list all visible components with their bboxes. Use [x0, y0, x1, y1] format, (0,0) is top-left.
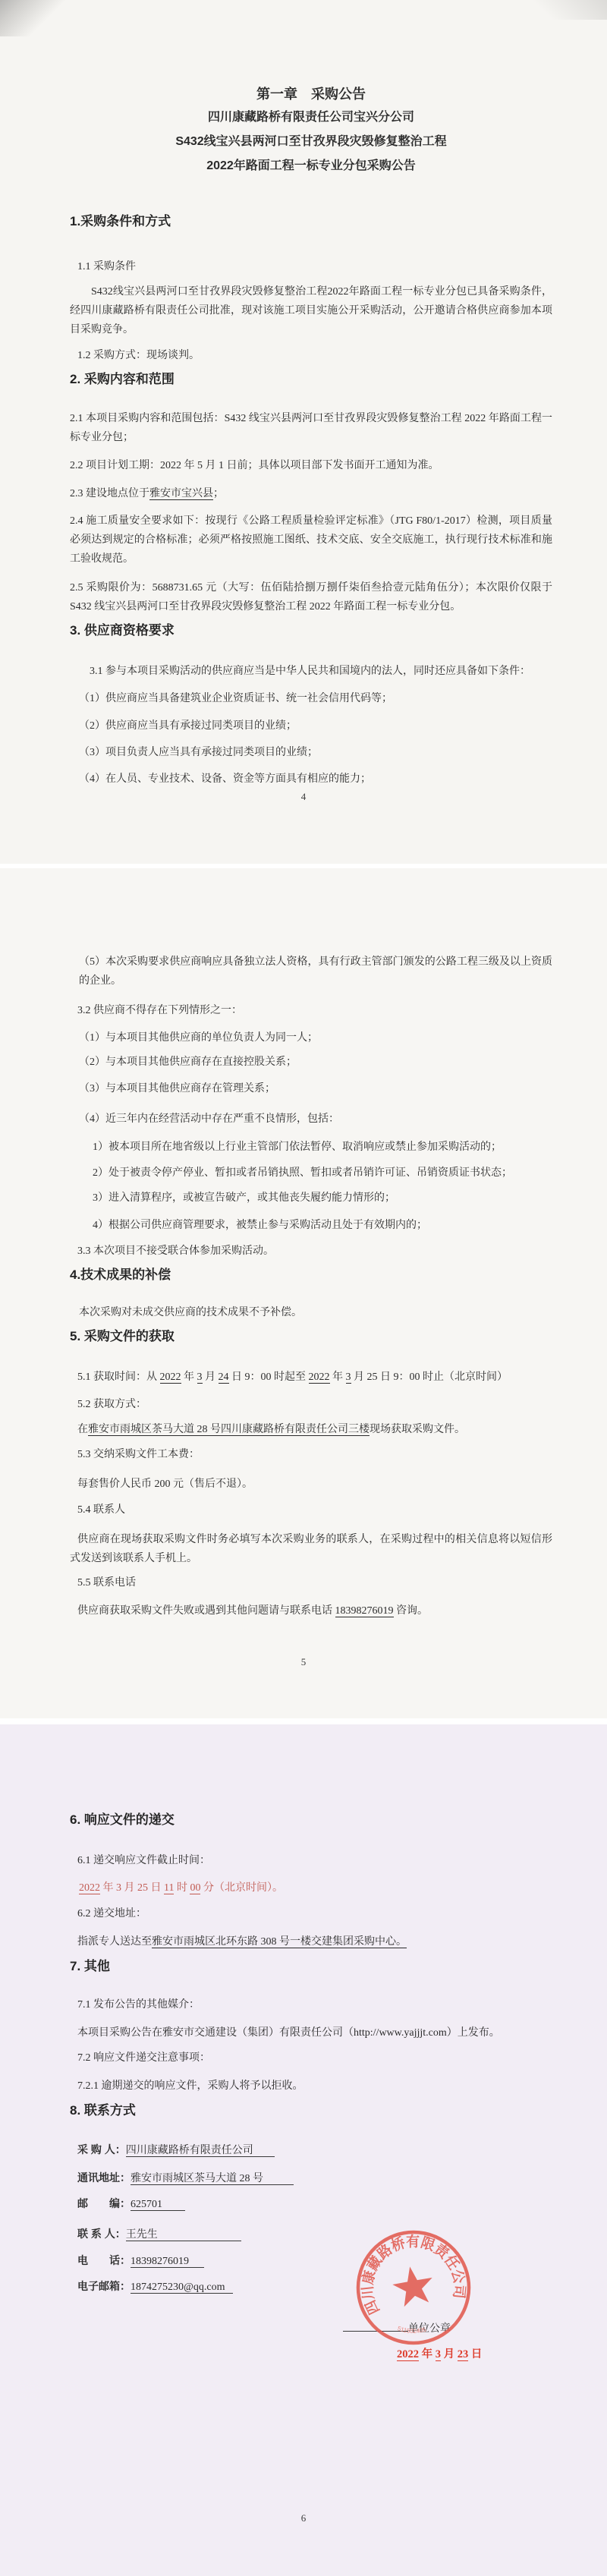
contact-row-phone: 电 话：18398276019: [77, 2251, 552, 2271]
svg-text:511502405: 511502405: [395, 2320, 427, 2338]
clause-7-2-1: 7.2.1 逾期递交的响应文件，采购人将予以拒收。: [77, 2077, 552, 2096]
title-company-line: 四川康藏路桥有限责任公司宝兴分公司: [70, 108, 552, 128]
clause-3-3: 3.3 本次项目不接受联合体参加采购活动。: [77, 1242, 552, 1261]
restriction-item-4: （4）近三年内在经营活动中存在严重不良情形，包括：: [79, 1110, 552, 1129]
contact-row-person: 联 系 人：王先生: [77, 2225, 552, 2244]
section-1-heading: 1.采购条件和方式: [70, 211, 552, 231]
publish-media-line: 本项目采购公告在雅安市交通建设（集团）有限责任公司（http://www.yaj…: [77, 2023, 552, 2042]
section-4-heading: 4.技术成果的补偿: [70, 1264, 552, 1285]
page-2-content: （5）本次采购要求供应商响应具备独立法人资格，具有行政主管部门颁发的公路工程三级…: [0, 868, 607, 1718]
clause-5-5: 5.5 联系电话: [77, 1573, 552, 1592]
restriction-item-3: （3）与本项目其他供应商存在管理关系；: [79, 1079, 552, 1098]
qualification-item-4: （4）在人员、专业技术、设备、资金等方面具有相应的能力；: [79, 770, 552, 789]
clause-2-1: 2.1 本项目采购内容和范围包括：S432 线宝兴县两河口至甘孜界段灾毁修复整治…: [70, 409, 552, 447]
contact-row-purchaser: 采 购 人：四川康藏路桥有限责任公司: [77, 2140, 552, 2160]
bad-record-item-3: 3）进入清算程序，或被宣告破产，或其他丧失履约能力情形的；: [93, 1189, 552, 1208]
delivery-address-line: 指派专人送达至雅安市雨城区北环东路 308 号一楼交建集团采购中心。: [77, 1932, 552, 1951]
section-3-heading: 3. 供应商资格要求: [70, 620, 552, 641]
page-gap-2: [0, 1718, 607, 1724]
clause-2-3: 2.3 建设地点位于雅安市宝兴县；: [70, 484, 552, 503]
section-6-heading: 6. 响应文件的递交: [70, 1809, 552, 1830]
section-2-heading: 2. 采购内容和范围: [70, 369, 552, 389]
clause-6-1: 6.1 递交响应文件截止时间：: [77, 1851, 552, 1870]
clause-7-2: 7.2 响应文件递交注意事项：: [77, 2049, 552, 2067]
section-5-heading: 5. 采购文件的获取: [70, 1326, 552, 1346]
clause-2-5: 2.5 采购限价为：5688731.65 元（大写：伍佰陆拾捌万捌仟柒佰叁拾壹元…: [70, 578, 552, 616]
qualification-item-2: （2）供应商应当具有承接过同类项目的业绩；: [79, 716, 552, 735]
restriction-item-2: （2）与本项目其他供应商存在直接控股关系；: [79, 1053, 552, 1072]
clause-5-4: 5.4 联系人: [77, 1501, 552, 1519]
clause-2-4: 2.4 施工质量安全要求如下：按现行《公路工程质量检验评定标准》（JTG F80…: [70, 512, 552, 568]
qualification-item-1: （1）供应商应当具备建筑业企业资质证书、统一社会信用代码等；: [79, 689, 552, 708]
help-phone-underlined: 18398276019: [335, 1605, 394, 1617]
qualification-item-3: （3）项目负责人应当具有承接过同类项目的业绩；: [79, 743, 552, 762]
construction-site-underlined: 雅安市宝兴县: [149, 488, 213, 500]
page-2: （5）本次采购要求供应商响应具备独立法人资格，具有行政主管部门颁发的公路工程三级…: [0, 868, 607, 1718]
page-number-5: 5: [0, 1656, 607, 1668]
clause-7-1: 7.1 发布公告的其他媒介：: [77, 1995, 552, 2014]
contact-person-note: 供应商在现场获取采购文件时务必填写本次采购业务的联系人，在采购过程中的相关信息将…: [70, 1530, 552, 1568]
clause-1-1: 1.1 采购条件: [77, 257, 552, 276]
clause-2-2: 2.2 项目计划工期：2022 年 5 月 1 日前；具体以项目部下发书面开工通…: [70, 456, 552, 475]
clause-6-2: 6.2 递交地址：: [77, 1904, 552, 1923]
bad-record-item-2: 2）处于被责令停产停业、暂扣或者吊销执照、暂扣或者吊销许可证、吊销资质证书状态；: [93, 1164, 552, 1183]
section-7-heading: 7. 其他: [70, 1956, 552, 1976]
page-3-content: 6. 响应文件的递交 6.1 递交响应文件截止时间： 2022 年 3 月 25…: [0, 1724, 607, 2576]
clause-5-1-obtain-time: 5.1 获取时间：从 2022 年 3 月 24 日 9：00 时起至 2022…: [77, 1368, 552, 1387]
seal-code-text: 511502405: [395, 2320, 427, 2338]
announcement-date: 2022 年 3 月 23 日: [397, 2345, 482, 2361]
title-project-line: S432线宝兴县两河口至甘孜界段灾毁修复整治工程: [70, 132, 552, 152]
contact-row-postcode: 邮 编：625701: [77, 2194, 552, 2214]
paragraph-1-1: S432线宝兴县两河口至甘孜界段灾毁修复整治工程2022年路面工程一标专业分包已…: [70, 282, 552, 339]
section-8-heading: 8. 联系方式: [70, 2100, 552, 2121]
page-number-6: 6: [0, 2512, 607, 2524]
qualification-item-5: （5）本次采购要求供应商响应具备独立法人资格，具有行政主管部门颁发的公路工程三级…: [79, 953, 552, 990]
clause-3-2: 3.2 供应商不得存在下列情形之一：: [77, 1001, 552, 1020]
contact-row-address: 通讯地址：雅安市雨城区茶马大道 28 号: [77, 2168, 552, 2188]
document-fee-line: 每套售价人民币 200 元（售后不退）。: [77, 1475, 552, 1494]
clause-3-1: 3.1 参与本项目采购活动的供应商应当是中华人民共和国境内的法人，同时还应具备如…: [90, 662, 552, 681]
clause-5-3: 5.3 交纳采购文件工本费：: [77, 1445, 552, 1464]
paragraph-4: 本次采购对未成交供应商的技术成果不予补偿。: [79, 1303, 552, 1322]
obtain-address-line: 在雅安市雨城区茶马大道 28 号四川康藏路桥有限责任公司三楼现场获取采购文件。: [77, 1420, 552, 1439]
page-3: 6. 响应文件的递交 6.1 递交响应文件截止时间： 2022 年 3 月 25…: [0, 1724, 607, 2576]
bad-record-item-1: 1）被本项目所在地省级以上行业主管部门依法暂停、取消响应或禁止参加采购活动的；: [93, 1138, 552, 1157]
page-1-content: 第一章 采购公告 四川康藏路桥有限责任公司宝兴分公司 S432线宝兴县两河口至甘…: [0, 0, 607, 864]
clause-5-2: 5.2 获取方式：: [77, 1395, 552, 1414]
clause-1-2: 1.2 采购方式：现场谈判。: [77, 346, 552, 365]
obtain-address-underlined: 雅安市雨城区茶马大道 28 号四川康藏路桥有限责任公司三楼: [88, 1424, 370, 1436]
bad-record-item-4: 4）根据公司供应商管理要求，被禁止参与采购活动且处于有效期内的；: [93, 1216, 552, 1235]
contact-row-email: 电子邮箱：1874275230@qq.com: [77, 2277, 552, 2297]
company-seal-icon: 四川康藏路桥有限责任公司 511502405: [354, 2228, 473, 2347]
delivery-address-underlined: 雅安市雨城区北环东路 308 号一楼交建集团采购中心。: [152, 1936, 407, 1948]
restriction-item-1: （1）与本项目其他供应商的单位负责人为同一人；: [79, 1028, 552, 1047]
help-phone-line: 供应商获取采购文件失败或遇到其他问题请与联系电话 18398276019 咨询。: [70, 1601, 552, 1620]
page-1: 第一章 采购公告 四川康藏路桥有限责任公司宝兴分公司 S432线宝兴县两河口至甘…: [0, 0, 607, 864]
seal-star-icon: [390, 2263, 436, 2308]
title-announcement-line: 2022年路面工程一标专业分包采购公告: [70, 156, 552, 176]
submission-deadline-line: 2022 年 3 月 25 日 11 时 00 分（北京时间）。: [79, 1878, 552, 1897]
page-number-4: 4: [0, 791, 607, 803]
chapter-heading: 第一章 采购公告: [70, 83, 552, 105]
